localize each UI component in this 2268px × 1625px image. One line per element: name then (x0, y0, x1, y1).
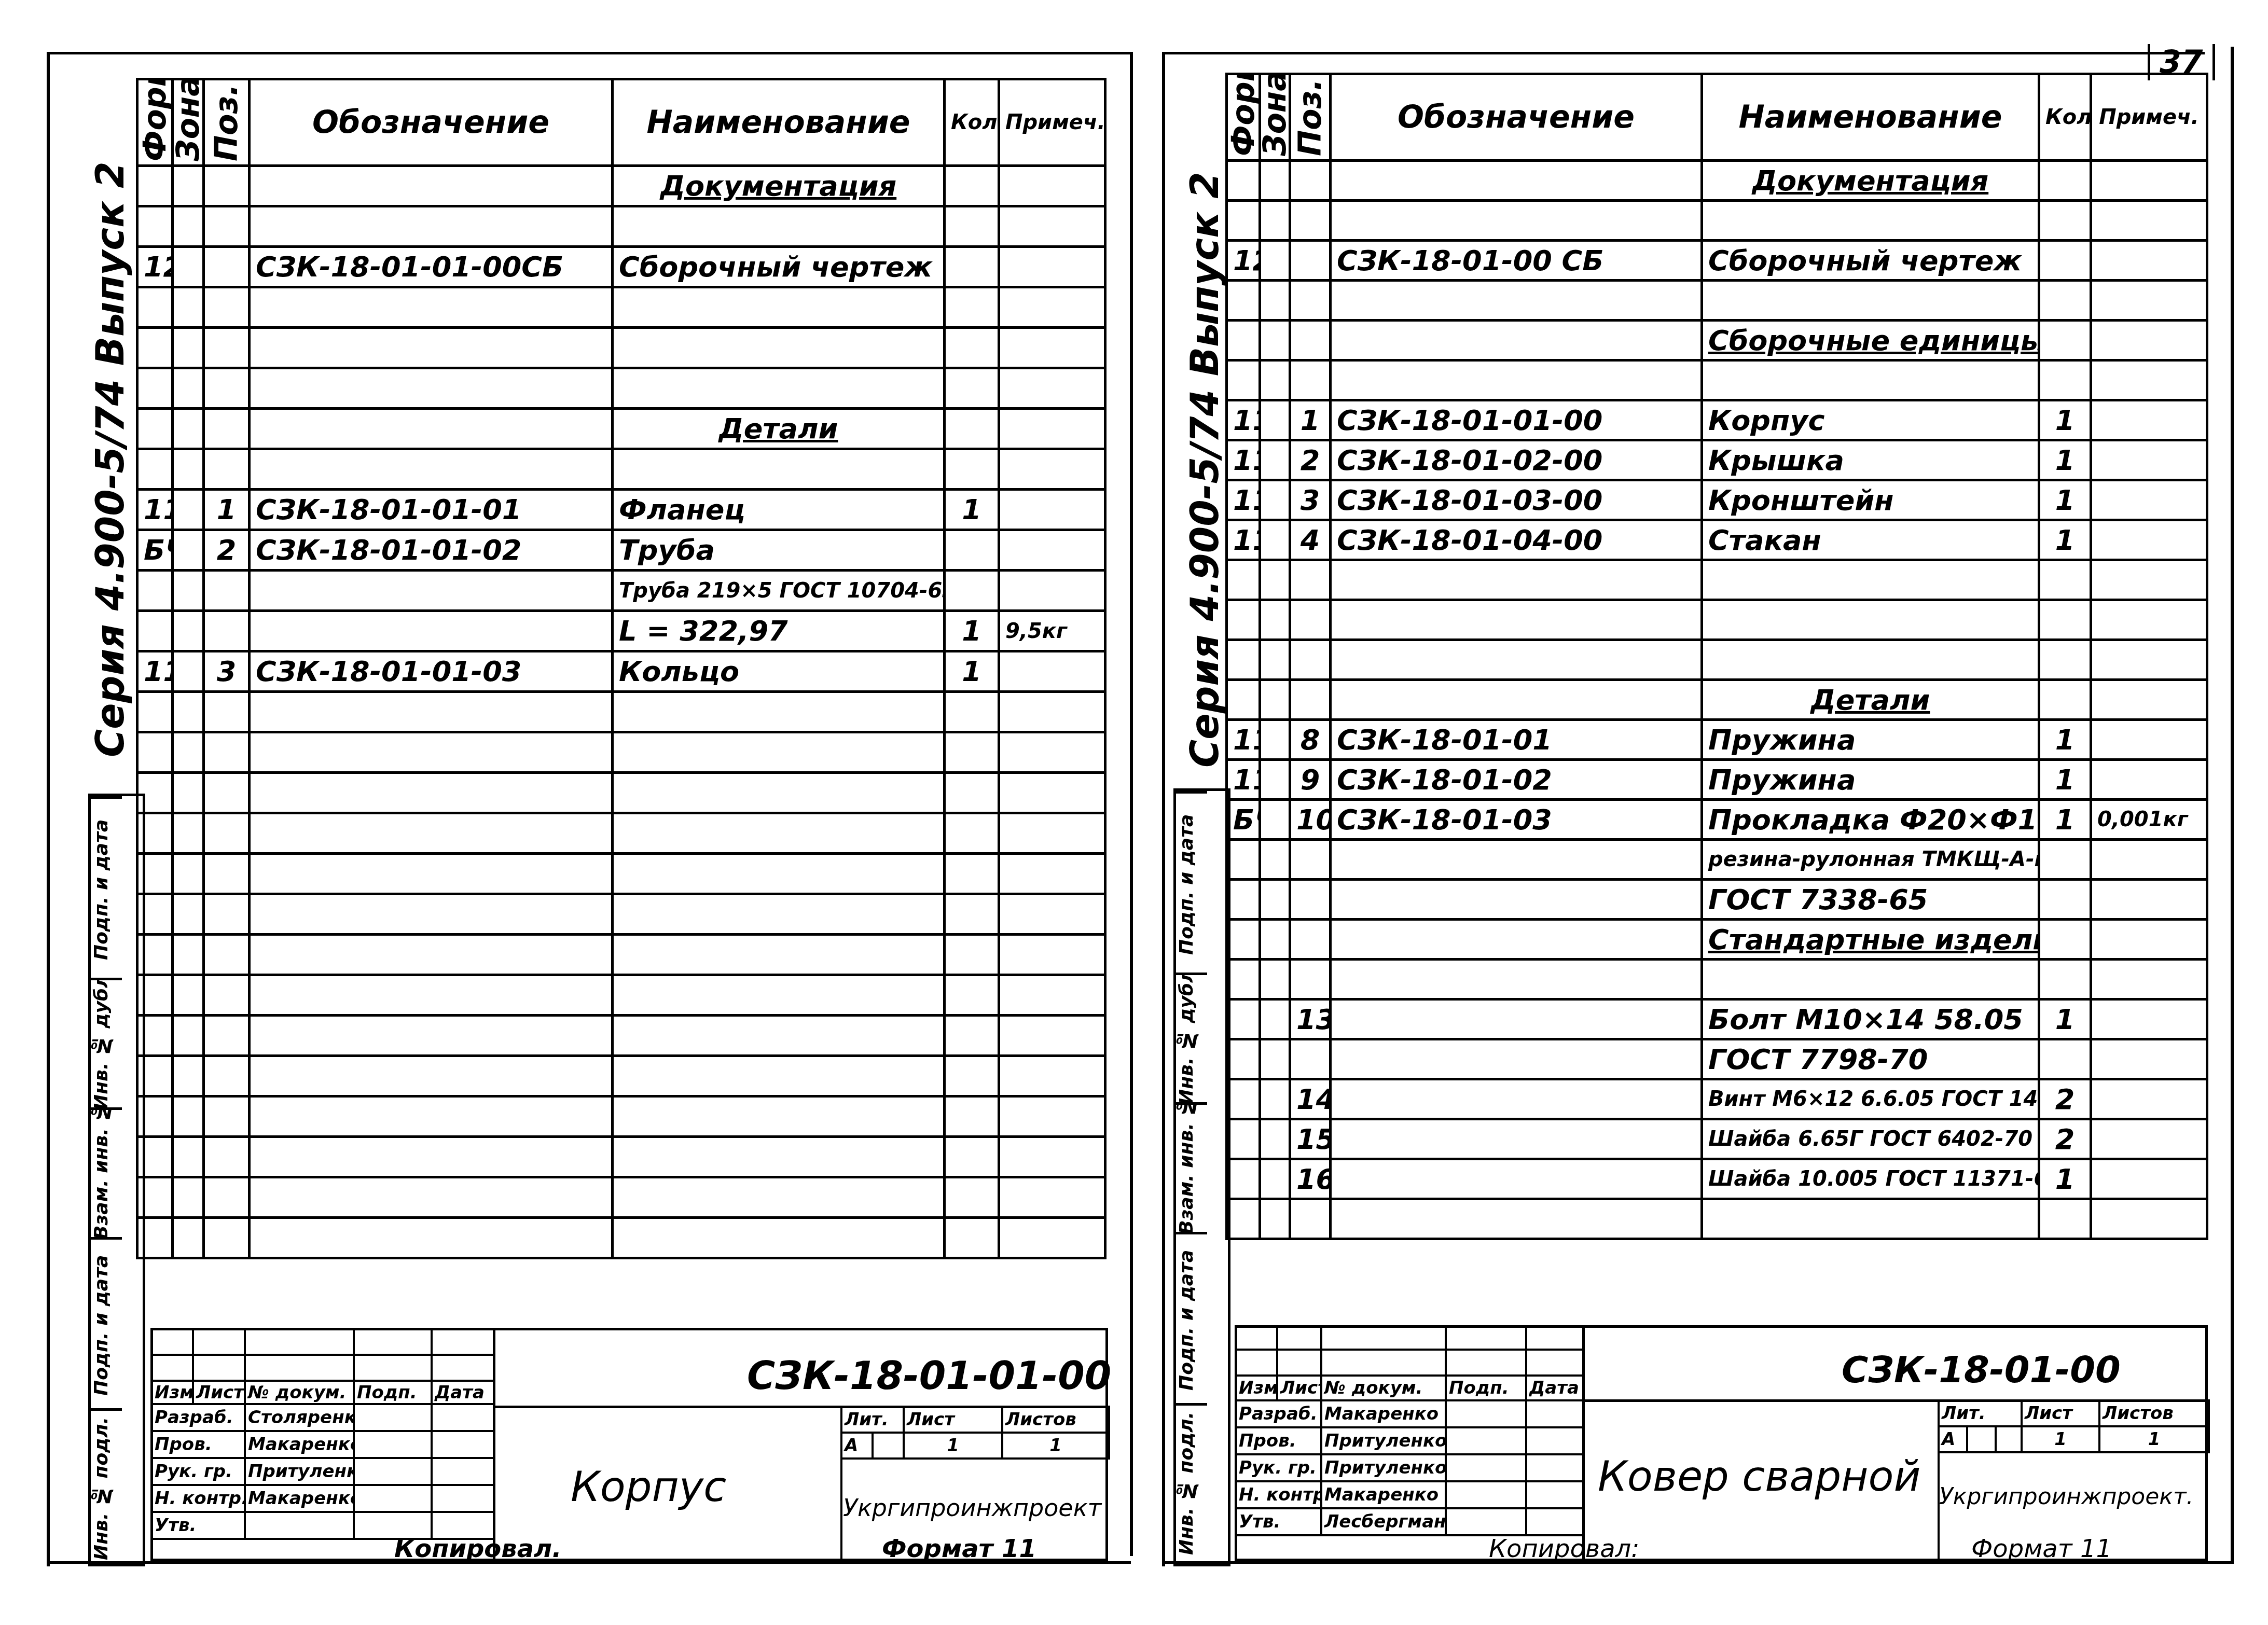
cell-format (1227, 1079, 1260, 1119)
cell-qty: 2 (2039, 1119, 2091, 1159)
copied-label: Копировал: (1489, 1534, 1639, 1563)
role-label: Рук. гр. (1236, 1454, 1321, 1481)
sheets-label: Листов (2099, 1400, 2209, 1426)
cell-pos (1290, 1039, 1331, 1079)
cell-pos (1290, 560, 1331, 600)
cell-pos: 3 (1290, 480, 1331, 520)
cell-pos (1290, 161, 1331, 201)
cell-pos: 13 (1290, 999, 1331, 1039)
cell-pos-text: 9 (1301, 763, 1320, 796)
cell-qty (2039, 360, 2091, 400)
cell-name-text: Пружина (1708, 724, 1856, 756)
cell-name-text: резина-рулонная ТМКЩ-А-м (1708, 848, 2039, 871)
cell-format-text: 11 (1233, 404, 1260, 437)
cell-pos-text: 8 (1301, 724, 1320, 756)
signature-row: Пров.Притуленко (1236, 1427, 1583, 1454)
cell-note (2091, 760, 2207, 800)
header-row: Форм. Зона Поз. Обозначение Наименование… (1227, 74, 2207, 161)
cell-note (2091, 1039, 2207, 1079)
cell-designation-text: СЗК-18-01-03 (1337, 803, 1552, 836)
date (1526, 1400, 1583, 1427)
cell-note (2091, 920, 2207, 960)
cell-note-text: 0,001кг (2097, 808, 2188, 831)
cell-name (1702, 281, 2039, 321)
cell-qty (2039, 281, 2091, 321)
cell-qty-text: 2 (2055, 1123, 2075, 1156)
cell-name-text: Винт М6×12 6.6.05 ГОСТ 1489-62 (1708, 1087, 2039, 1111)
cell-qty (2039, 880, 2091, 920)
cell-pos: 10 (1290, 800, 1331, 840)
cell-pos: 14 (1290, 1079, 1331, 1119)
table-row: 118СЗК-18-01-01Пружина1 (1227, 720, 2207, 760)
cell-format (1227, 1039, 1260, 1079)
cell-name: Крышка (1702, 440, 2039, 480)
tb-h-ndoc: № докум. (1321, 1376, 1446, 1400)
cell-name (1702, 360, 2039, 400)
cell-zone (1260, 1119, 1290, 1159)
cell-name: Документация (1702, 161, 2039, 201)
side-strip-label: Взам. инв. № (1176, 1102, 1207, 1234)
col-note: Примеч. (2091, 74, 2207, 161)
table-row: 13Болт М10×14 58.051 (1227, 999, 2207, 1039)
cell-zone (1260, 520, 1290, 560)
right-frame-right (2231, 47, 2234, 1561)
table-row: резина-рулонная ТМКЩ-А-м (1227, 840, 2207, 880)
cell-qty: 1 (2039, 440, 2091, 480)
right-frame-top (1162, 52, 2205, 54)
cell-note (2091, 999, 2207, 1039)
person-name: Макаренко (1321, 1481, 1446, 1508)
cell-qty (2039, 1039, 2091, 1079)
cell-qty-text: 1 (2055, 763, 2075, 796)
cell-designation (1331, 680, 1702, 720)
cell-note (2091, 440, 2207, 480)
cell-zone (1260, 1079, 1290, 1119)
signature (1446, 1400, 1526, 1427)
cell-zone (1260, 840, 1290, 880)
table-row: БЧ10СЗК-18-01-03Прокладка Ф20×Ф11; S110,… (1227, 800, 2207, 840)
cell-name: Пружина (1702, 720, 2039, 760)
table-row (1227, 281, 2207, 321)
table-row (1227, 1199, 2207, 1239)
cell-name-text: Сборочные единицы (1708, 324, 2039, 357)
cell-pos (1290, 600, 1331, 640)
cell-qty: 1 (2039, 480, 2091, 520)
cell-format (1227, 1119, 1260, 1159)
cell-note (2091, 201, 2207, 241)
cell-qty (2039, 201, 2091, 241)
cell-note (2091, 480, 2207, 520)
role-label: Утв. (1236, 1508, 1321, 1535)
cell-name-text: ГОСТ 7338-65 (1708, 883, 1928, 916)
table-row (1227, 201, 2207, 241)
cell-format: 11 (1227, 400, 1260, 440)
sheets-value: 1 (2099, 1426, 2209, 1452)
cell-zone (1260, 600, 1290, 640)
cell-designation (1331, 1039, 1702, 1079)
cell-note (2091, 880, 2207, 920)
cell-format (1227, 1159, 1260, 1199)
cell-pos (1290, 281, 1331, 321)
cell-name: Шайба 10.005 ГОСТ 11371-68 (1702, 1159, 2039, 1199)
cell-qty (2039, 1199, 2091, 1239)
cell-note (2091, 560, 2207, 600)
cell-name-text: Шайба 6.65Г ГОСТ 6402-70 (1708, 1127, 2032, 1151)
cell-format (1227, 321, 1260, 360)
cell-qty-text: 1 (2055, 484, 2075, 517)
cell-name (1702, 640, 2039, 680)
cell-qty (2039, 960, 2091, 999)
col-zone: Зона (1260, 74, 1290, 161)
cell-name: Шайба 6.65Г ГОСТ 6402-70 (1702, 1119, 2039, 1159)
cell-designation (1331, 640, 1702, 680)
table-row (1227, 600, 2207, 640)
tb-divider-v (1582, 1325, 1585, 1561)
table-row: 113СЗК-18-01-03-00Кронштейн1 (1227, 480, 2207, 520)
cell-name (1702, 560, 2039, 600)
table-row: ГОСТ 7338-65 (1227, 880, 2207, 920)
cell-zone (1260, 440, 1290, 480)
table-row (1227, 560, 2207, 600)
cell-qty: 1 (2039, 999, 2091, 1039)
cell-note (2091, 161, 2207, 201)
cell-pos-text: 3 (1301, 484, 1320, 517)
cell-designation (1331, 600, 1702, 640)
signature (1446, 1508, 1526, 1535)
cell-format (1227, 960, 1260, 999)
cell-pos (1290, 920, 1331, 960)
cell-note (2091, 960, 2207, 999)
cell-note (2091, 680, 2207, 720)
cell-name-text: Пружина (1708, 763, 1856, 796)
cell-designation: СЗК-18-01-02 (1331, 760, 1702, 800)
cell-designation-text: СЗК-18-01-03-00 (1337, 484, 1602, 517)
right-sheet: 37 Серия 4.900-5/74 Выпуск 2 Форм. Зона … (0, 0, 2268, 1625)
lit-table: Лит. Лист Листов А 1 1 (1938, 1399, 2210, 1453)
cell-zone (1260, 201, 1290, 241)
cell-designation (1331, 999, 1702, 1039)
table-row: 16Шайба 10.005 ГОСТ 11371-681 (1227, 1159, 2207, 1199)
cell-format-text: 11 (1233, 444, 1260, 477)
side-strip-label: Инв. № дубл. (1176, 973, 1207, 1105)
cell-designation (1331, 360, 1702, 400)
cell-zone (1260, 560, 1290, 600)
doc-title: Ковер сварной (1598, 1452, 1921, 1501)
cell-pos (1290, 840, 1331, 880)
cell-qty-text: 2 (2055, 1083, 2075, 1116)
cell-designation-text: СЗК-18-01-01 (1337, 724, 1552, 756)
section-row: Стандартные изделия (1227, 920, 2207, 960)
cell-note (2091, 400, 2207, 440)
cell-note (2091, 321, 2207, 360)
table-row: ГОСТ 7798-70 (1227, 1039, 2207, 1079)
cell-pos (1290, 880, 1331, 920)
cell-pos-text: 16 (1296, 1163, 1331, 1196)
cell-note (2091, 640, 2207, 680)
cell-zone (1260, 480, 1290, 520)
cell-designation (1331, 560, 1702, 600)
cell-format: БЧ (1227, 800, 1260, 840)
cell-designation (1331, 1079, 1702, 1119)
cell-designation (1331, 281, 1702, 321)
cell-name: Стандартные изделия (1702, 920, 2039, 960)
cell-designation-text: СЗК-18-01-04-00 (1337, 524, 1602, 557)
cell-zone (1260, 1159, 1290, 1199)
cell-name-text: Стакан (1708, 524, 1821, 557)
signature-row: Рук. гр.Притуленко (1236, 1454, 1583, 1481)
cell-format (1227, 560, 1260, 600)
cell-format: 11 (1227, 440, 1260, 480)
col-pos: Поз. (1290, 74, 1331, 161)
cell-qty-text: 1 (2055, 803, 2075, 836)
cell-format-text: 11 (1233, 524, 1260, 557)
cell-designation: СЗК-18-01-01 (1331, 720, 1702, 760)
cell-name: ГОСТ 7798-70 (1702, 1039, 2039, 1079)
signature-row: Н. контр.Макаренко (1236, 1481, 1583, 1508)
cell-name-text: Детали (1811, 684, 1930, 716)
doc-code: СЗК-18-01-00 (1842, 1349, 2121, 1391)
cell-designation-text: СЗК-18-01-00 СБ (1337, 244, 1603, 277)
cell-pos (1290, 241, 1331, 281)
tb-h-izm: Изм. (1236, 1376, 1277, 1400)
table-row: 15Шайба 6.65Г ГОСТ 6402-702 (1227, 1119, 2207, 1159)
org-name: Укргипроинжпроект. (1939, 1483, 2194, 1510)
cell-pos (1290, 960, 1331, 999)
cell-designation: СЗК-18-01-02-00 (1331, 440, 1702, 480)
cell-note (2091, 1079, 2207, 1119)
cell-pos (1290, 201, 1331, 241)
cell-format (1227, 161, 1260, 201)
tb-h-list: Лист (1277, 1376, 1321, 1400)
cell-name: Пружина (1702, 760, 2039, 800)
cell-qty (2039, 840, 2091, 880)
cell-format (1227, 1199, 1260, 1239)
cell-name: ГОСТ 7338-65 (1702, 880, 2039, 920)
cell-pos-text: 4 (1301, 524, 1320, 557)
cell-zone (1260, 800, 1290, 840)
table-row: 112СЗК-18-01-02-00Крышка1 (1227, 440, 2207, 480)
cell-pos (1290, 321, 1331, 360)
cell-pos-text: 2 (1301, 444, 1320, 477)
cell-designation (1331, 960, 1702, 999)
cell-qty (2039, 920, 2091, 960)
section-row: Детали (1227, 680, 2207, 720)
cell-designation: СЗК-18-01-01-00 (1331, 400, 1702, 440)
cell-zone (1260, 1039, 1290, 1079)
table-row (1227, 360, 2207, 400)
cell-name: Болт М10×14 58.05 (1702, 999, 2039, 1039)
cell-format: 12 (1227, 241, 1260, 281)
format-label: Формат 11 (1971, 1534, 2112, 1563)
cell-qty (2039, 241, 2091, 281)
cell-pos (1290, 1199, 1331, 1239)
cell-designation (1331, 880, 1702, 920)
cell-pos: 2 (1290, 440, 1331, 480)
cell-format (1227, 880, 1260, 920)
cell-name-text: ГОСТ 7798-70 (1708, 1043, 1928, 1076)
cell-qty: 2 (2039, 1079, 2091, 1119)
lit-label: Лит. (1939, 1400, 2022, 1426)
table-row (1227, 960, 2207, 999)
cell-qty: 1 (2039, 720, 2091, 760)
signature-row: Утв.Лесбергман (1236, 1508, 1583, 1535)
cell-format-text: 11 (1233, 484, 1260, 517)
cell-format (1227, 680, 1260, 720)
col-name: Наименование (1702, 74, 2039, 161)
cell-designation (1331, 840, 1702, 880)
signature (1446, 1427, 1526, 1454)
cell-name-text: Болт М10×14 58.05 (1708, 1003, 2023, 1036)
role-label: Н. контр. (1236, 1481, 1321, 1508)
person-name: Притуленко (1321, 1454, 1446, 1481)
cell-zone (1260, 281, 1290, 321)
cell-designation (1331, 161, 1702, 201)
tb-h-podp: Подп. (1446, 1376, 1526, 1400)
table-row: 14Винт М6×12 6.6.05 ГОСТ 1489-622 (1227, 1079, 2207, 1119)
cell-note (2091, 1199, 2207, 1239)
cell-pos-text: 10 (1296, 803, 1331, 836)
cell-qty-text: 1 (2055, 404, 2075, 437)
cell-format (1227, 600, 1260, 640)
cell-note (2091, 600, 2207, 640)
signature (1446, 1454, 1526, 1481)
cell-designation (1331, 1199, 1702, 1239)
cell-zone (1260, 999, 1290, 1039)
signature (1446, 1481, 1526, 1508)
cell-zone (1260, 720, 1290, 760)
role-label: Пров. (1236, 1427, 1321, 1454)
cell-name (1702, 600, 2039, 640)
cell-format: 11 (1227, 720, 1260, 760)
col-designation: Обозначение (1331, 74, 1702, 161)
cell-qty-text: 1 (2055, 444, 2075, 477)
cell-qty (2039, 560, 2091, 600)
cell-qty: 1 (2039, 1159, 2091, 1199)
date (1526, 1481, 1583, 1508)
cell-name-text: Шайба 10.005 ГОСТ 11371-68 (1708, 1167, 2039, 1191)
cell-zone (1260, 400, 1290, 440)
cell-pos: 1 (1290, 400, 1331, 440)
cell-format (1227, 640, 1260, 680)
cell-zone (1260, 960, 1290, 999)
cell-qty (2039, 640, 2091, 680)
cell-name: Сборочный чертеж (1702, 241, 2039, 281)
cell-name: Прокладка Ф20×Ф11; S1 (1702, 800, 2039, 840)
cell-qty-text: 1 (2055, 724, 2075, 756)
cell-designation (1331, 1159, 1702, 1199)
cell-format (1227, 999, 1260, 1039)
cell-designation: СЗК-18-01-03-00 (1331, 480, 1702, 520)
table-row (1227, 640, 2207, 680)
cell-zone (1260, 640, 1290, 680)
cell-name: Детали (1702, 680, 2039, 720)
cell-zone (1260, 760, 1290, 800)
col-format: Форм. (1227, 74, 1260, 161)
person-name: Макаренко (1321, 1400, 1446, 1427)
cell-name (1702, 201, 2039, 241)
cell-format (1227, 281, 1260, 321)
cell-pos-text: 13 (1296, 1003, 1331, 1036)
person-name: Притуленко (1321, 1427, 1446, 1454)
cell-format (1227, 840, 1260, 880)
cell-format-text: 12 (1233, 244, 1260, 277)
cell-format (1227, 360, 1260, 400)
cell-pos (1290, 360, 1331, 400)
cell-format-text: БЧ (1233, 803, 1260, 836)
cell-name-text: Корпус (1708, 404, 1824, 437)
cell-pos (1290, 680, 1331, 720)
cell-note (2091, 1159, 2207, 1199)
cell-name: Винт М6×12 6.6.05 ГОСТ 1489-62 (1702, 1079, 2039, 1119)
series-label: Серия 4.900-5/74 Выпуск 2 (1183, 171, 1227, 768)
cell-format-text: 11 (1233, 763, 1260, 796)
cell-qty (2039, 321, 2091, 360)
role-label: Разраб. (1236, 1400, 1321, 1427)
side-strip-label: Инв. № подл. (1176, 1403, 1207, 1561)
cell-format: 11 (1227, 520, 1260, 560)
cell-pos: 15 (1290, 1119, 1331, 1159)
cell-name: Сборочные единицы (1702, 321, 2039, 360)
sheet-value: 1 (2022, 1426, 2099, 1452)
cell-note: 0,001кг (2091, 800, 2207, 840)
cell-pos (1290, 640, 1331, 680)
col-qty: Кол. (2039, 74, 2091, 161)
section-row: Документация (1227, 161, 2207, 201)
cell-zone (1260, 241, 1290, 281)
cell-name-text: Сборочный чертеж (1708, 244, 2022, 277)
cell-zone (1260, 1199, 1290, 1239)
cell-name-text: Кронштейн (1708, 484, 1894, 517)
cell-designation: СЗК-18-01-03 (1331, 800, 1702, 840)
cell-pos-text: 1 (1301, 404, 1320, 437)
cell-qty: 1 (2039, 400, 2091, 440)
sheet-label: Лист (2022, 1400, 2099, 1426)
cell-note (2091, 720, 2207, 760)
cell-pos-text: 14 (1296, 1083, 1331, 1116)
cell-qty-text: 1 (2055, 1163, 2075, 1196)
cell-designation (1331, 321, 1702, 360)
cell-zone (1260, 680, 1290, 720)
cell-qty-text: 1 (2055, 1003, 2075, 1036)
cell-qty: 1 (2039, 800, 2091, 840)
cell-pos: 4 (1290, 520, 1331, 560)
cell-name (1702, 960, 2039, 999)
cell-format (1227, 920, 1260, 960)
cell-designation (1331, 201, 1702, 241)
cell-note (2091, 1119, 2207, 1159)
cell-name: Стакан (1702, 520, 2039, 560)
cell-designation (1331, 1119, 1702, 1159)
cell-name: Корпус (1702, 400, 2039, 440)
cell-note (2091, 360, 2207, 400)
cell-designation-text: СЗК-18-01-02-00 (1337, 444, 1602, 477)
cell-designation-text: СЗК-18-01-01-00 (1337, 404, 1602, 437)
cell-qty: 1 (2039, 760, 2091, 800)
title-block-signatures: Изм. Лист № докум. Подп. Дата Разраб.Мак… (1235, 1325, 1584, 1536)
cell-pos-text: 15 (1296, 1123, 1331, 1156)
cell-name: Кронштейн (1702, 480, 2039, 520)
cell-qty (2039, 680, 2091, 720)
table-row: 12СЗК-18-01-00 СБСборочный чертеж (1227, 241, 2207, 281)
cell-zone (1260, 880, 1290, 920)
right-frame-left (1162, 52, 1165, 1566)
cell-note (2091, 281, 2207, 321)
cell-zone (1260, 360, 1290, 400)
cell-name-text: Прокладка Ф20×Ф11; S1 (1708, 803, 2039, 836)
cell-zone (1260, 321, 1290, 360)
person-name: Лесбергман (1321, 1508, 1446, 1535)
cell-designation: СЗК-18-01-04-00 (1331, 520, 1702, 560)
